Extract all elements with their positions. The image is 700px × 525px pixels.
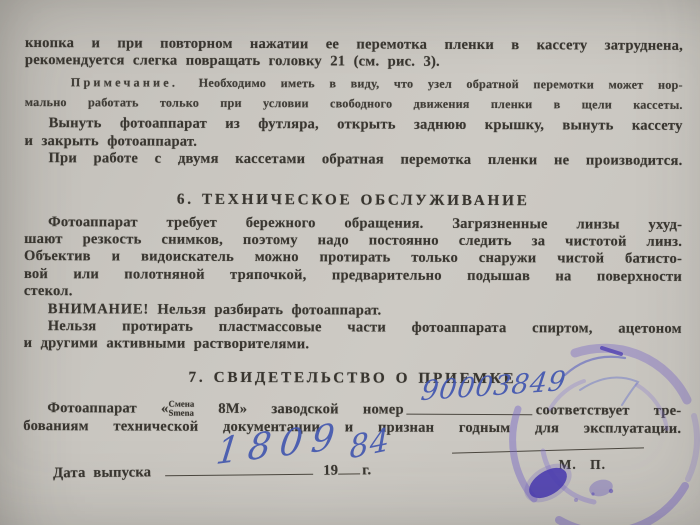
paragraph-rewind-line-2: рекомендуется слегка повращать головку 2… bbox=[25, 52, 683, 72]
issue-date-label: Дата выпуска bbox=[53, 465, 151, 482]
note-label: Примечание. bbox=[71, 75, 184, 89]
note-line-2: мально работать только при условии свобо… bbox=[25, 96, 683, 113]
note-line-1: Примечание. Необходимо иметь в виду, что… bbox=[25, 76, 683, 93]
paragraph-remove-camera-text: Вынуть фотоаппарат из футляра, открыть з… bbox=[49, 116, 683, 135]
year-underline bbox=[338, 460, 360, 475]
brand-name-stack: СменаSmena bbox=[168, 400, 194, 418]
date-underline bbox=[165, 460, 313, 476]
serial-number-label: заводской номер bbox=[271, 401, 404, 418]
warning-text: Нельзя разбирать фотоаппарат. bbox=[157, 301, 381, 318]
model-designation: 8М» bbox=[218, 401, 247, 417]
maintenance-line-4: вой или полотняной тряпочкой, предварите… bbox=[24, 266, 682, 286]
ink-stamp bbox=[480, 330, 700, 525]
maintenance-text-1: Фотоаппарат требует бережного обращения.… bbox=[48, 214, 682, 233]
year-suffix: г. bbox=[362, 463, 371, 479]
year-prefix: 19 bbox=[323, 463, 338, 479]
note-text-1: Необходимо иметь в виду, что узел обратн… bbox=[199, 76, 683, 92]
manual-page-photo: кнопка и при повторном нажатии ее перемо… bbox=[0, 0, 700, 525]
paragraph-two-cassettes-text: При работе с двумя кассетами обратная пе… bbox=[48, 150, 682, 169]
pen-scribble bbox=[565, 357, 625, 375]
section-heading-maintenance: 6. ТЕХНИЧЕСКОЕ ОБСЛУЖИВАНИЕ bbox=[24, 190, 682, 211]
acceptance-pre-text: Фотоаппарат « bbox=[47, 400, 168, 417]
brand-latin: Smena bbox=[168, 409, 194, 418]
paragraph-two-cassettes: При работе с двумя кассетами обратная пе… bbox=[24, 150, 682, 170]
warning-label: ВНИМАНИЕ! bbox=[48, 301, 149, 317]
